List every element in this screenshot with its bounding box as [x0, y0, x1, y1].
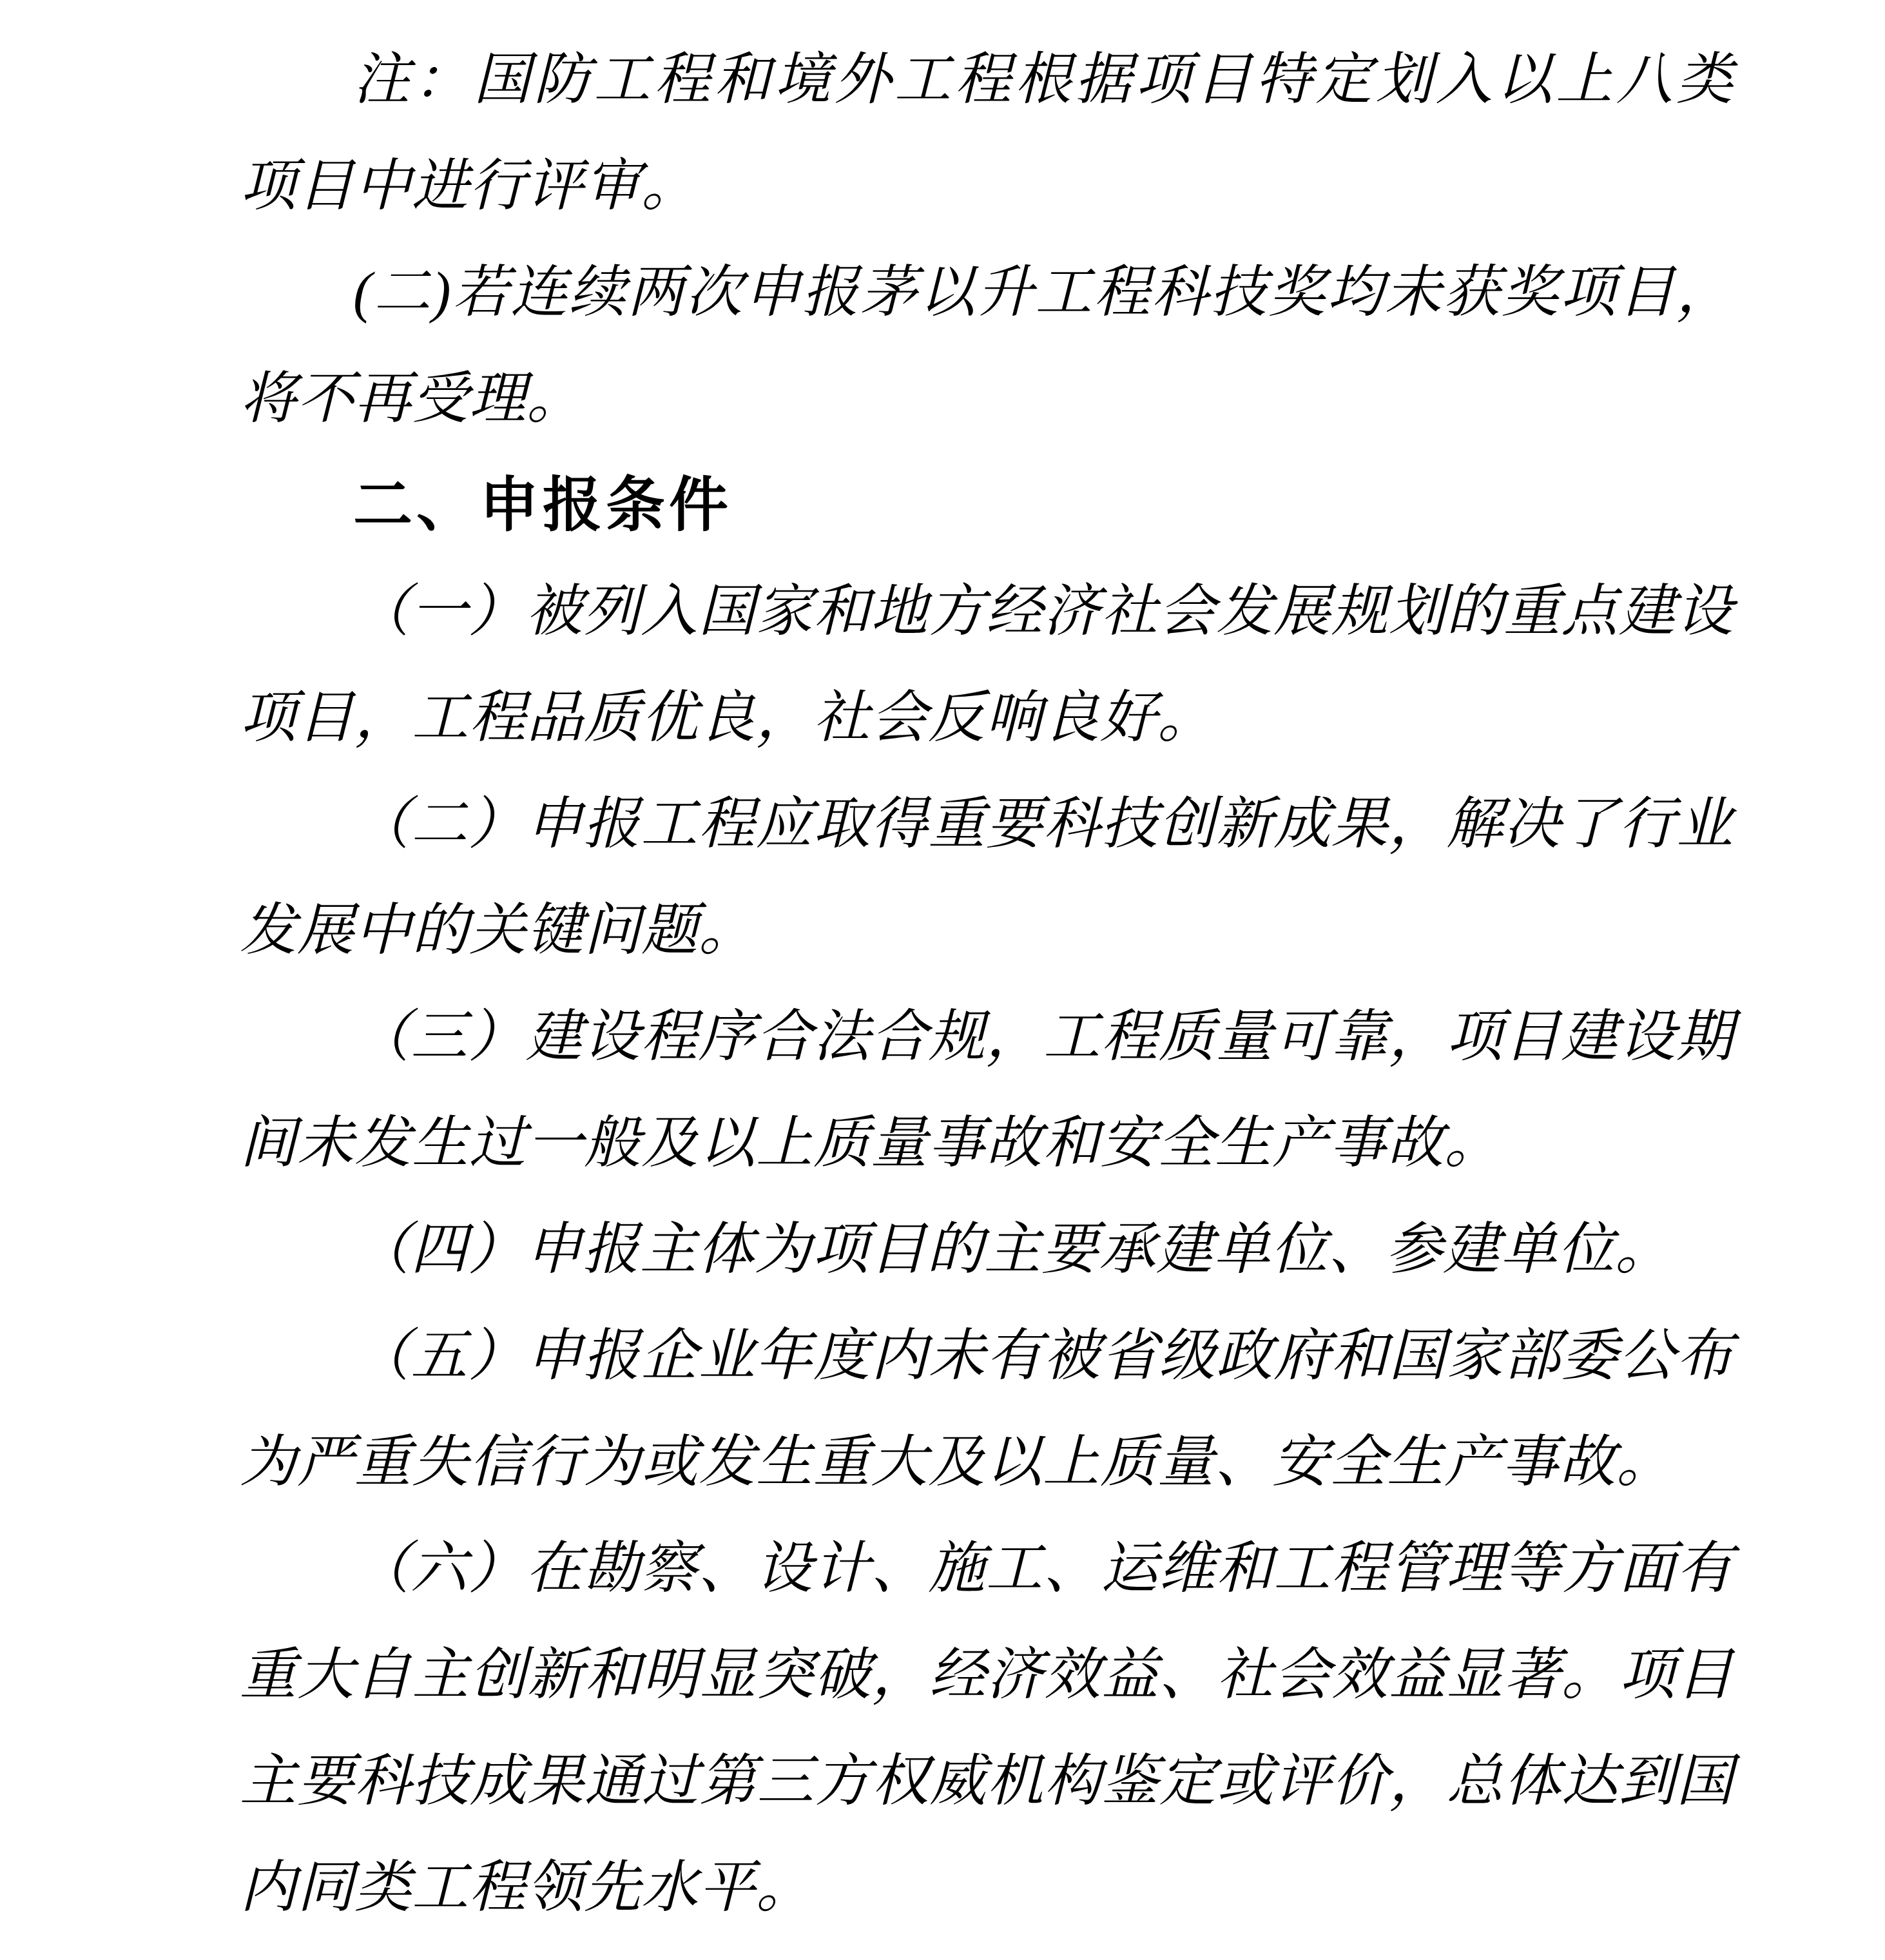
text-line: 将不再受理。 — [240, 346, 1734, 452]
text-line: 重大自主创新和明显突破，经济效益、社会效益显著。项目 — [240, 1622, 1734, 1729]
text-line: （二）申报工程应取得重要科技创新成果，解决了行业 — [240, 771, 1734, 878]
text-line: （一）被列入国家和地方经济社会发展规划的重点建设 — [240, 559, 1734, 665]
document-page: 注：国防工程和境外工程根据项目特定划入以上八类项目中进行评审。(二)若连续两次申… — [0, 0, 1885, 1960]
text-line: 项目，工程品质优良，社会反响良好。 — [240, 665, 1734, 771]
text-line: 为严重失信行为或发生重大及以上质量、安全生产事故。 — [240, 1410, 1734, 1516]
text-line: （四）申报主体为项目的主要承建单位、参建单位。 — [240, 1197, 1734, 1303]
text-line: 主要科技成果通过第三方权威机构鉴定或评价，总体达到国 — [240, 1729, 1734, 1835]
section-heading: 二、申报条件 — [240, 452, 1734, 559]
text-line: 注：国防工程和境外工程根据项目特定划入以上八类 — [240, 27, 1734, 133]
text-line: 内同类工程领先水平。 — [240, 1835, 1734, 1941]
text-line: 发展中的关键问题。 — [240, 878, 1734, 984]
text-line: 项目中进行评审。 — [240, 133, 1734, 240]
text-line: （五）申报企业年度内未有被省级政府和国家部委公布 — [240, 1303, 1734, 1410]
text-line: 间未发生过一般及以上质量事故和安全生产事故。 — [240, 1091, 1734, 1197]
text-line: （三）建设程序合法合规，工程质量可靠，项目建设期 — [240, 984, 1734, 1091]
document-body: 注：国防工程和境外工程根据项目特定划入以上八类项目中进行评审。(二)若连续两次申… — [240, 27, 1734, 1941]
text-line: (二)若连续两次申报茅以升工程科技奖均未获奖项目， — [240, 240, 1734, 346]
text-line: （六）在勘察、设计、施工、运维和工程管理等方面有 — [240, 1516, 1734, 1622]
